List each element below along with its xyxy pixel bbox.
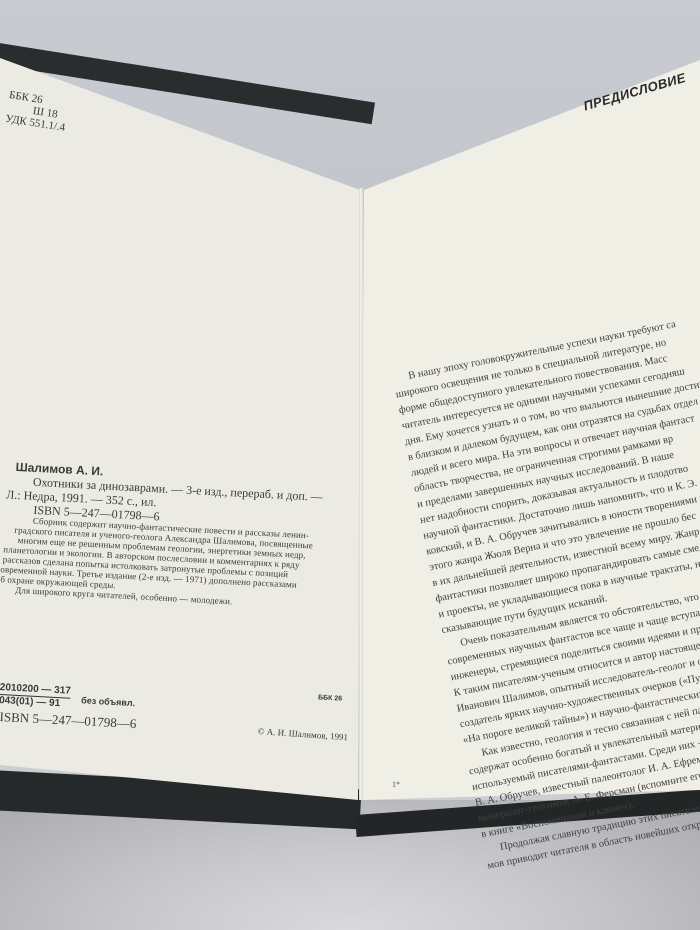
- bbk-small: ББК 26: [318, 694, 342, 702]
- catalog-card: Шалимов А. И. Охотники за динозаврами. —…: [0, 460, 324, 611]
- book-gutter: [359, 188, 363, 800]
- signature-mark: 1*: [392, 781, 400, 789]
- price-code: 2010200 — 317 043(01) — 91 без объявл.: [0, 683, 71, 710]
